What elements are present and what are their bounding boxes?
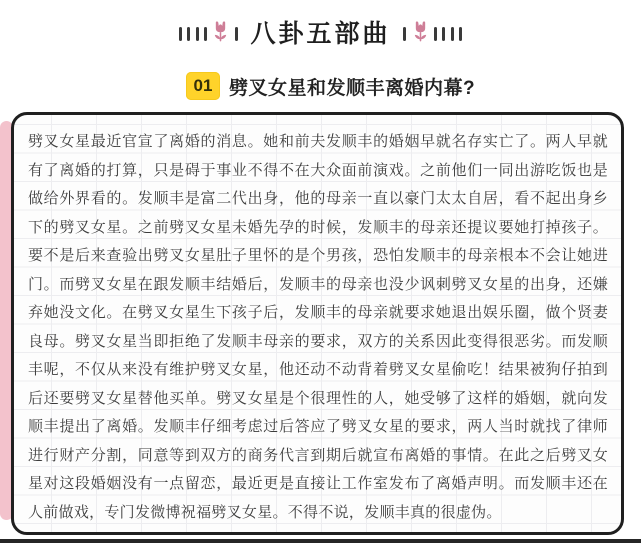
- tick-mark-inner-left-icon: [232, 26, 240, 42]
- tulip-left-icon: [212, 20, 229, 44]
- section-title-row: 01 劈叉女星和发顺丰离婚内幕?: [186, 71, 475, 101]
- section-number-badge: 01: [186, 72, 220, 100]
- page-title: 八卦五部曲: [250, 12, 390, 56]
- section-title: 劈叉女星和发顺丰离婚内幕?: [229, 73, 475, 100]
- article-text: 劈叉女星最近官宣了离婚的消息。她和前夫发顺丰的婚姻早就名存实亡了。两人早就有了离…: [28, 128, 608, 527]
- article-box: 劈叉女星最近官宣了离婚的消息。她和前夫发顺丰的婚姻早就名存实亡了。两人早就有了离…: [11, 112, 624, 535]
- tick-marks-left-icon: [177, 26, 210, 42]
- header: 八卦五部曲: [0, 12, 641, 56]
- bottom-divider: [0, 539, 641, 543]
- tick-mark-inner-right-icon: [401, 26, 409, 42]
- tick-marks-right-icon: [432, 26, 465, 42]
- tulip-right-icon: [412, 20, 429, 44]
